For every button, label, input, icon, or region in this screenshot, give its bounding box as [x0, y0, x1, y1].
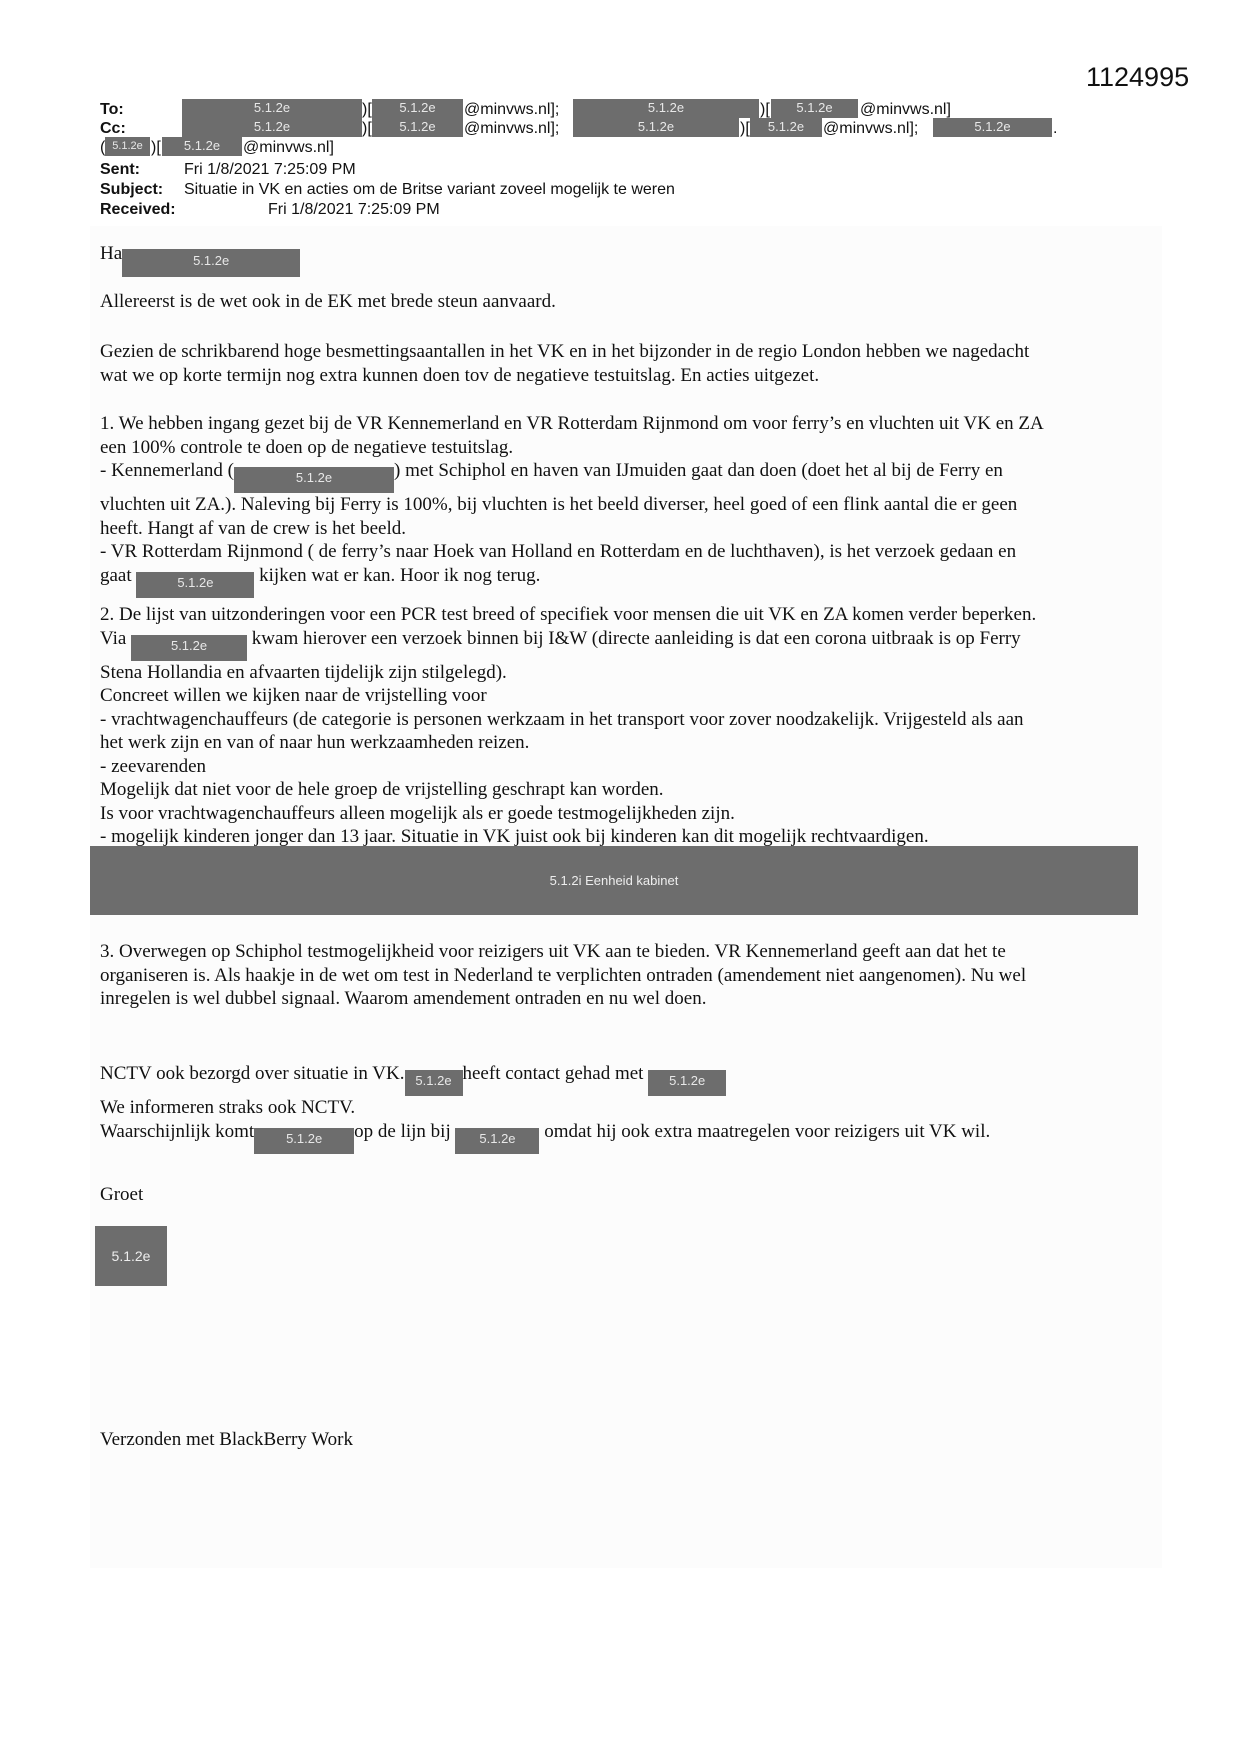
- bracket-text: )[: [362, 100, 372, 119]
- text-span: kwam hierover een verzoek binnen bij I&W…: [252, 628, 1021, 649]
- redaction: 5.1.2e: [771, 99, 858, 118]
- to-label: To:: [100, 101, 124, 118]
- received-label: Received:: [100, 201, 176, 218]
- redaction: 5.1.2e: [372, 118, 463, 137]
- text-line: gaat 5.1.2e kijken wat er kan. Hoor ik n…: [100, 564, 1160, 598]
- text-span: heeft contact gehad met: [463, 1063, 644, 1084]
- subject-row: Subject:: [100, 180, 163, 199]
- text-line: - mogelijk kinderen jonger dan 13 jaar. …: [100, 825, 1160, 849]
- text-span: NCTV ook bezorgd over situatie in VK.: [100, 1063, 405, 1084]
- email-footer: Verzonden met BlackBerry Work: [100, 1428, 1160, 1452]
- received-row: Received:: [100, 200, 176, 219]
- text-span: gaat: [100, 565, 132, 586]
- redaction: 5.1.2e: [573, 118, 739, 137]
- text-span: op de lijn bij: [354, 1121, 451, 1142]
- redaction: 5.1.2e: [405, 1070, 463, 1096]
- text-line: 2. De lijst van uitzonderingen voor een …: [100, 603, 1160, 627]
- received-value: Fri 1/8/2021 7:25:09 PM: [268, 200, 440, 219]
- cc-row: Cc:: [100, 119, 126, 138]
- signature-redaction: 5.1.2e: [95, 1226, 167, 1286]
- redaction: 5.1.2e: [131, 635, 247, 661]
- text-span: omdat hij ook extra maatregelen voor rei…: [544, 1121, 990, 1142]
- text-line: een 100% controle te doen op de negatiev…: [100, 436, 1160, 460]
- redaction: 5.1.2e: [372, 99, 463, 118]
- greeting-text: Ha: [100, 243, 122, 264]
- redaction: 5.1.2e: [136, 572, 254, 598]
- redaction: 5.1.2e: [933, 118, 1052, 137]
- bracket-text: )[: [362, 119, 372, 138]
- text-line: - zeevarenden: [100, 755, 1160, 779]
- section-2: 2. De lijst van uitzonderingen voor een …: [100, 603, 1160, 849]
- text-line: inregelen is wel dubbel signaal. Waarom …: [100, 987, 1160, 1011]
- document-number: 1124995: [1086, 62, 1189, 93]
- redaction: 5.1.2e: [182, 118, 362, 137]
- text-span: Via: [100, 628, 126, 649]
- text-span: Waarschijnlijk komt: [100, 1121, 254, 1142]
- redaction: 5.1.2e: [122, 249, 300, 277]
- email-domain: @minvws.nl]: [243, 138, 334, 157]
- paragraph: Gezien de schrikbarend hoge besmettingsa…: [100, 340, 1160, 387]
- greeting: Ha5.1.2e: [100, 242, 1160, 277]
- bracket-text: )[: [760, 100, 770, 119]
- text-line: Is voor vrachtwagenchauffeurs alleen mog…: [100, 802, 1160, 826]
- redaction: 5.1.2e: [162, 137, 242, 156]
- text-line: - VR Rotterdam Rijnmond ( de ferry’s naa…: [100, 540, 1160, 564]
- text-span: - Kennemerland (: [100, 460, 234, 481]
- text-line: Gezien de schrikbarend hoge besmettingsa…: [100, 340, 1160, 364]
- redaction: 5.1.2e: [648, 1070, 726, 1096]
- redaction: 5.1.2e: [234, 467, 394, 493]
- text-line: het werk zijn en van of naar hun werkzaa…: [100, 731, 1160, 755]
- redaction: 5.1.2e: [182, 99, 362, 118]
- text-span: kijken wat er kan. Hoor ik nog terug.: [259, 565, 540, 586]
- text-line: - Kennemerland (5.1.2e) met Schiphol en …: [100, 459, 1160, 493]
- closing: Groet: [100, 1183, 1160, 1207]
- redaction: 5.1.2e: [573, 99, 759, 118]
- email-domain: @minvws.nl];: [464, 119, 559, 138]
- to-row: To:: [100, 100, 124, 119]
- sent-label: Sent:: [100, 161, 140, 178]
- text-line: Waarschijnlijk komt5.1.2eop de lijn bij …: [100, 1120, 1160, 1154]
- text-line: 3. Overwegen op Schiphol testmogelijkhei…: [100, 940, 1160, 964]
- text-span: ) met Schiphol en haven van IJmuiden gaa…: [394, 460, 1003, 481]
- cc-label: Cc:: [100, 120, 126, 137]
- redaction: 5.1.2e: [254, 1128, 354, 1154]
- text-line: Via 5.1.2e kwam hierover een verzoek bin…: [100, 627, 1160, 661]
- subject-value: Situatie in VK en acties om de Britse va…: [184, 180, 675, 199]
- paragraph: Allereerst is de wet ook in de EK met br…: [100, 290, 1160, 314]
- text-line: 1. We hebben ingang gezet bij de VR Kenn…: [100, 412, 1160, 436]
- text-line: wat we op korte termijn nog extra kunnen…: [100, 364, 1160, 388]
- email-domain: @minvws.nl];: [464, 100, 559, 119]
- email-domain: @minvws.nl]: [860, 100, 951, 119]
- redaction: 5.1.2e: [105, 137, 150, 156]
- redaction: 5.1.2e: [750, 118, 822, 137]
- email-domain: @minvws.nl];: [823, 119, 918, 138]
- bracket-text: )[: [740, 119, 750, 138]
- text-line: - vrachtwagenchauffeurs (de categorie is…: [100, 708, 1160, 732]
- text-line: NCTV ook bezorgd over situatie in VK.5.1…: [100, 1062, 1160, 1096]
- subject-label: Subject:: [100, 181, 163, 198]
- text-line: organiseren is. Als haakje in de wet om …: [100, 964, 1160, 988]
- text-line: Stena Hollandia en afvaarten tijdelijk z…: [100, 661, 1160, 685]
- text-line: Concreet willen we kijken naar de vrijst…: [100, 684, 1160, 708]
- text-line: heeft. Hangt af van de crew is het beeld…: [100, 517, 1160, 541]
- bracket-text: )[: [151, 138, 161, 157]
- text-line: Mogelijk dat niet voor de hele groep de …: [100, 778, 1160, 802]
- redaction: 5.1.2e: [455, 1128, 539, 1154]
- period-text: .: [1053, 119, 1057, 138]
- text-line: vluchten uit ZA.). Naleving bij Ferry is…: [100, 493, 1160, 517]
- section-3: 3. Overwegen op Schiphol testmogelijkhei…: [100, 940, 1160, 1011]
- text-line: We informeren straks ook NCTV.: [100, 1096, 1160, 1120]
- sent-row: Sent:: [100, 160, 140, 179]
- section-1: 1. We hebben ingang gezet bij de VR Kenn…: [100, 412, 1160, 598]
- redaction-block: 5.1.2i Eenheid kabinet: [90, 846, 1138, 915]
- sent-value: Fri 1/8/2021 7:25:09 PM: [184, 160, 356, 179]
- nctv-paragraph: NCTV ook bezorgd over situatie in VK.5.1…: [100, 1062, 1160, 1154]
